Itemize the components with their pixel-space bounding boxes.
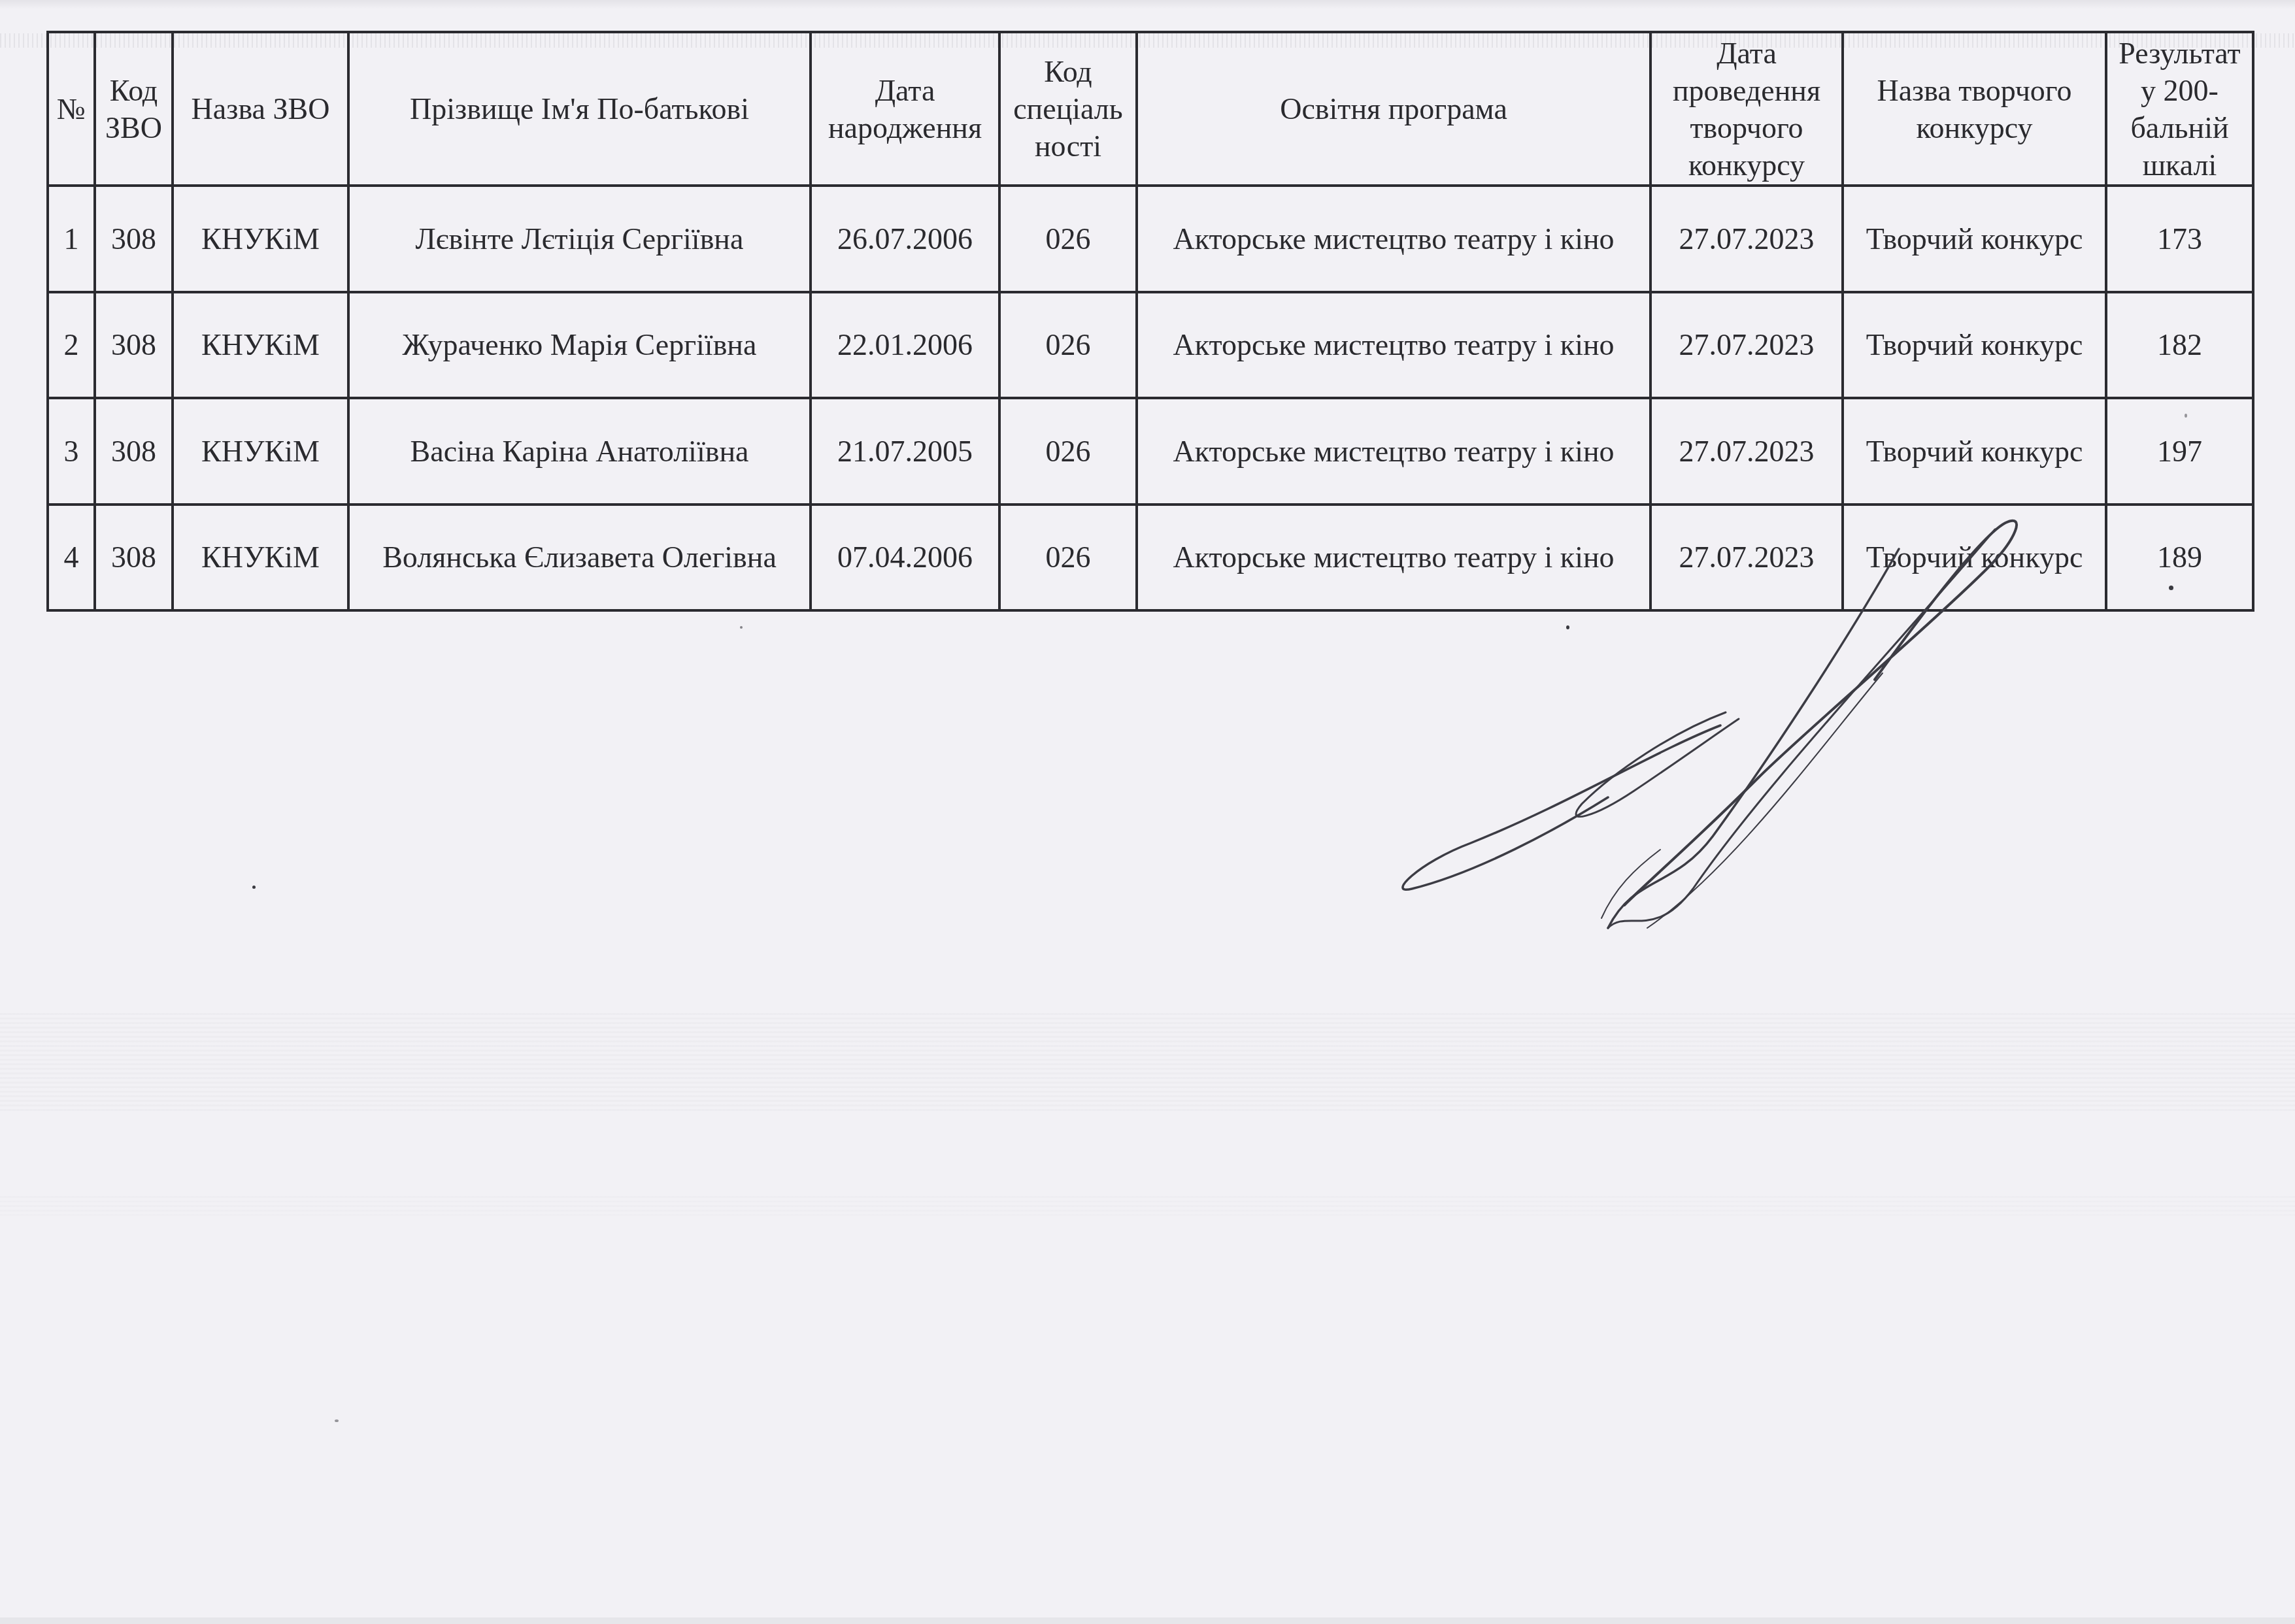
birth-date-header: Датанародження (811, 32, 999, 186)
contest-name-cell: Творчий конкурс (1843, 398, 2106, 505)
scan-bottom-edge (0, 1617, 2295, 1624)
full-name-cell: Жураченко Марія Сергіївна (348, 292, 811, 399)
institution-code-header: КодЗВО (95, 32, 173, 186)
specialty-code-cell: 026 (999, 186, 1137, 292)
table-header-row: №КодЗВОНазва ЗВОПрізвище Ім'я По-батьков… (48, 32, 2253, 186)
program-cell: Акторське мистецтво театру і кіно (1137, 505, 1650, 611)
institution-code-cell: 308 (95, 505, 173, 611)
scan-noise-band (0, 1013, 2295, 1111)
full-name-cell: Волянська Єлизавета Олегівна (348, 505, 811, 611)
full-name-cell: Лєвінте Лєтіція Сергіївна (348, 186, 811, 292)
program-header: Освітня програма (1137, 32, 1650, 186)
scan-top-edge (0, 0, 2295, 9)
scan-speck (1566, 625, 1569, 629)
institution-code-cell: 308 (95, 186, 173, 292)
institution-code-cell: 308 (95, 292, 173, 399)
contest-name-header: Назва творчогоконкурсу (1843, 32, 2106, 186)
row-number-cell: 4 (48, 505, 95, 611)
table-row: 3308КНУКіМВасіна Каріна Анатоліївна21.07… (48, 398, 2253, 505)
table-row: 4308КНУКіМВолянська Єлизавета Олегівна07… (48, 505, 2253, 611)
contest-name-cell: Творчий конкурс (1843, 292, 2106, 399)
scan-speck (740, 626, 743, 629)
contest-date-cell: 27.07.2023 (1650, 505, 1843, 611)
institution-code-cell: 308 (95, 398, 173, 505)
institution-name-cell: КНУКіМ (173, 398, 348, 505)
contest-name-cell: Творчий конкурс (1843, 505, 2106, 611)
number-header: № (48, 32, 95, 186)
institution-name-cell: КНУКіМ (173, 505, 348, 611)
row-number-cell: 1 (48, 186, 95, 292)
birth-date-cell: 22.01.2006 (811, 292, 999, 399)
table-row: 2308КНУКіМЖураченко Марія Сергіївна22.01… (48, 292, 2253, 399)
score-cell: 197 (2106, 398, 2253, 505)
score-cell: 189 (2106, 505, 2253, 611)
results-table: №КодЗВОНазва ЗВОПрізвище Ім'я По-батьков… (46, 31, 2254, 612)
specialty-code-cell: 026 (999, 398, 1137, 505)
program-cell: Акторське мистецтво театру і кіно (1137, 398, 1650, 505)
full-name-header: Прізвище Ім'я По-батькові (348, 32, 811, 186)
row-number-cell: 3 (48, 398, 95, 505)
birth-date-cell: 07.04.2006 (811, 505, 999, 611)
scan-noise-band (0, 1196, 2295, 1216)
scan-speck (2169, 586, 2173, 590)
scan-speck (335, 1419, 339, 1422)
institution-name-cell: КНУКіМ (173, 186, 348, 292)
program-cell: Акторське мистецтво театру і кіно (1137, 186, 1650, 292)
table-body: 1308КНУКіМЛєвінте Лєтіція Сергіївна26.07… (48, 186, 2253, 610)
institution-name-cell: КНУКіМ (173, 292, 348, 399)
contest-date-header: Датапроведеннятворчогоконкурсу (1650, 32, 1843, 186)
contest-name-cell: Творчий конкурс (1843, 186, 2106, 292)
contest-date-cell: 27.07.2023 (1650, 292, 1843, 399)
score-header: Результату 200-бальнійшкалі (2106, 32, 2253, 186)
birth-date-cell: 26.07.2006 (811, 186, 999, 292)
row-number-cell: 2 (48, 292, 95, 399)
specialty-code-header: Кодспеціальності (999, 32, 1137, 186)
full-name-cell: Васіна Каріна Анатоліївна (348, 398, 811, 505)
contest-date-cell: 27.07.2023 (1650, 398, 1843, 505)
birth-date-cell: 21.07.2005 (811, 398, 999, 505)
score-cell: 173 (2106, 186, 2253, 292)
score-cell: 182 (2106, 292, 2253, 399)
program-cell: Акторське мистецтво театру і кіно (1137, 292, 1650, 399)
institution-name-header: Назва ЗВО (173, 32, 348, 186)
specialty-code-cell: 026 (999, 505, 1137, 611)
contest-date-cell: 27.07.2023 (1650, 186, 1843, 292)
specialty-code-cell: 026 (999, 292, 1137, 399)
scan-speck (2185, 414, 2187, 418)
scan-speck (252, 886, 256, 889)
table-row: 1308КНУКіМЛєвінте Лєтіція Сергіївна26.07… (48, 186, 2253, 292)
